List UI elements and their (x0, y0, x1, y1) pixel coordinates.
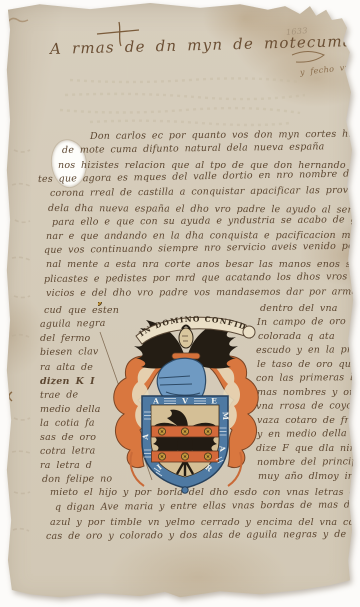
manuscript-line: mas nombres y on (257, 387, 355, 398)
shield-field (151, 405, 219, 477)
bordure-letter: A (217, 444, 227, 452)
motto-text: IN DOMINO CONFIDO (98, 302, 248, 338)
manuscript-line: dentro del vna (260, 303, 338, 314)
eagle-wings-crest (134, 320, 238, 368)
bordure-letter: V (181, 397, 188, 406)
manuscript-line: cotra letra (40, 445, 96, 457)
manuscript-line: In campo de oro y (257, 316, 357, 328)
manuscript-line: vaza cotaro de fro (257, 415, 355, 426)
paper-shadow: A rmas de dn myn de motecuma 1633 y fech… (0, 0, 360, 607)
bordure-letter: E (211, 397, 217, 406)
manuscript-line: nos hizistes relacion que al tpo de que … (58, 160, 360, 171)
torse (172, 353, 200, 359)
manuscript-line: vicios e del dho vro padre vos mandasemo… (46, 286, 360, 299)
manuscript-line: para ello e que con su ayuda e yndustria… (52, 214, 360, 228)
page-title: A rmas de dn myn de motecuma (50, 32, 353, 58)
invocation-cross-icon (97, 22, 139, 46)
manuscript-line: mieto el hijo y por borla del dho esdo c… (50, 487, 360, 498)
manuscript-line: muy año dlmoy inao (258, 471, 360, 482)
eagle-head (167, 410, 188, 431)
manuscript-line: dize F que dla nime (256, 443, 360, 454)
manuscript-line: corona rreal de castilla a conquistar ap… (50, 185, 360, 199)
motto-banner: IN DOMINO CONFIDO (98, 302, 255, 344)
manuscript-line: dizen K I (40, 376, 95, 387)
bordure-letter: I (155, 462, 164, 471)
manuscript-line: q digan Ave maria y entre ellas vnas bor… (55, 499, 360, 513)
shield-bordure (142, 396, 228, 488)
manuscript-line: sas de oro (40, 432, 96, 443)
crest-head (179, 326, 193, 349)
manuscript-line: tes que agora es mques del valle dortio … (38, 168, 359, 185)
manuscript-line: ra letra d (40, 460, 92, 471)
manuscript-line: la cotia fa (40, 418, 95, 429)
manuscript-line: escudo y en la prime (256, 344, 360, 356)
manuscript-line: que vos continuando siempre nro servicio… (44, 240, 360, 256)
manuscript-line: vna rrosa de coyon (256, 400, 359, 412)
manuscript-photo: A rmas de dn myn de motecuma 1633 y fech… (0, 0, 360, 607)
pencil-note: 1633 (286, 26, 309, 37)
manuscript-line: biesen clav (40, 346, 99, 358)
show-through-marks (0, 0, 360, 607)
svg-text:IN DOMINO CONFIDO: IN DOMINO CONFIDO (98, 302, 248, 338)
manuscript-line: con las primeras le (256, 372, 359, 384)
bordure-letter: A (141, 433, 151, 441)
manuscript-line: cud que esten (44, 305, 119, 316)
rosette (98, 302, 102, 306)
manuscript-page: A rmas de dn myn de motecuma 1633 y fech… (0, 0, 360, 607)
manuscript-line: nal mente a esta nra corte anos besar la… (46, 259, 357, 270)
fesses (98, 302, 219, 462)
manuscript-line: don felipe no (42, 474, 112, 485)
eagle-tail (177, 460, 193, 476)
bordure-letter: A (152, 397, 159, 406)
ink-flourish (292, 52, 324, 63)
manuscript-line: colorada q ata (258, 331, 335, 342)
manuscript-line: aguila negra (40, 318, 106, 330)
manuscript-line: azul y por timble vn yelmo cerrado y enc… (50, 517, 360, 528)
bordure-letter: R (203, 463, 214, 474)
manuscript-line: cas de oro y colorado y dos alas de agui… (46, 529, 346, 542)
manuscript-line: y en medio della (257, 428, 347, 440)
manuscript-line: plicastes e pedistes por mrd que acatand… (44, 271, 360, 285)
ink-note: y fecho vno (300, 62, 356, 77)
pen-stroke (100, 332, 152, 480)
mantling (114, 356, 259, 486)
coat-of-arms: IN DOMINO CONFIDO (98, 302, 270, 494)
manuscript-line: del fermo (40, 333, 90, 344)
manuscript-line: nar e que andando en la dha conquista e … (46, 230, 360, 242)
manuscript-line: dela dha nueva españa el dho vro padre l… (48, 203, 360, 216)
helmet (157, 358, 205, 399)
manuscript-line: medio della (40, 404, 101, 415)
eagle (152, 410, 218, 476)
shield-tip-knob (182, 487, 188, 493)
shield: A V E M A R I A (98, 302, 230, 493)
manuscript-line: trae de (40, 389, 78, 401)
margin-mark (9, 392, 12, 401)
bordure-hatching (144, 399, 227, 477)
manuscript-line: Don carlos ec por quanto vos don myn cor… (90, 129, 360, 142)
paper-hole (49, 138, 89, 189)
margin-mark (8, 18, 28, 22)
manuscript-line: de mote cuma difunto natural dela nueva … (62, 141, 325, 156)
manuscript-line: ra alta de (40, 362, 93, 373)
manuscript-line: le taso de oro que (257, 359, 357, 370)
bordure-letters: A V E M A R I A (141, 397, 231, 475)
manuscript-line: nombre del principe (257, 456, 360, 468)
bordure-letter: M (221, 411, 230, 420)
